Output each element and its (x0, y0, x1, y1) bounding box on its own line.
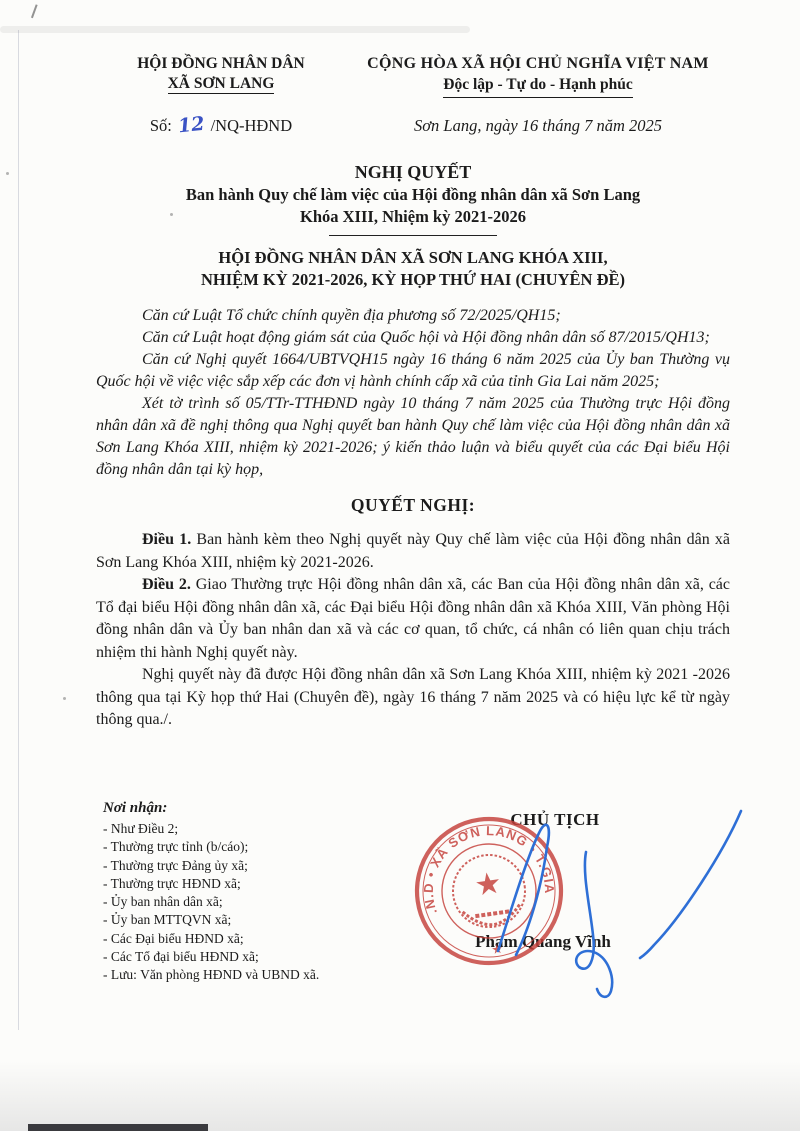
article-1-label: Điều 1. (142, 531, 191, 548)
article-2: Điều 2. Giao Thường trực Hội đồng nhân d… (96, 574, 730, 664)
signature-stroke (498, 825, 549, 955)
issuing-agency-block: HỘI ĐỒNG NHÂN DÂN XÃ SƠN LANG Số: 12 /NQ… (96, 54, 346, 136)
preamble-paragraph: Căn cứ Luật Tổ chức chính quyền địa phươ… (96, 305, 730, 327)
article-2-label: Điều 2. (142, 576, 191, 593)
article-1-text: Ban hành kèm theo Nghị quyết này Quy chế… (96, 531, 730, 571)
article-1: Điều 1. Ban hành kèm theo Nghị quyết này… (96, 529, 730, 574)
document-subtitle-line2: Khóa XIII, Nhiệm kỳ 2021-2026 (96, 206, 730, 228)
article-2-text: Giao Thường trực Hội đồng nhân dân xã, c… (96, 576, 730, 661)
place-dateline: Sơn Lang, ngày 16 tháng 7 năm 2025 (346, 116, 730, 136)
signature-strokes (498, 811, 741, 997)
preamble-paragraph: Căn cứ Luật hoạt động giám sát của Quốc … (96, 327, 730, 349)
articles-section: Điều 1. Ban hành kèm theo Nghị quyết này… (96, 529, 730, 664)
preamble-section: Căn cứ Luật Tổ chức chính quyền địa phươ… (96, 305, 730, 481)
number-label: Số: (150, 116, 172, 135)
recipient-item: - Các Đại biểu HĐND xã; (103, 930, 403, 948)
document-type-title: NGHỊ QUYẾT (96, 160, 730, 184)
recipients-heading: Nơi nhận: (103, 800, 403, 817)
handwritten-number: 12 (177, 113, 206, 138)
recipient-item: - Như Điều 2; (103, 820, 403, 838)
document-content: HỘI ĐỒNG NHÂN DÂN XÃ SƠN LANG Số: 12 /NQ… (0, 0, 800, 732)
signature-stroke (576, 852, 612, 997)
title-separator-rule (329, 235, 497, 236)
resolves-heading: QUYẾT NGHỊ: (96, 495, 730, 516)
recipient-item: - Thường trực HĐND xã; (103, 875, 403, 893)
national-title: CỘNG HÒA XÃ HỘI CHỦ NGHĨA VIỆT NAM (346, 54, 730, 74)
signature-stroke (640, 811, 741, 958)
recipient-item: - Lưu: Văn phòng HĐND và UBND xã. (103, 966, 403, 984)
scan-strip (28, 1124, 208, 1131)
recipient-item: - Ủy ban nhân dân xã; (103, 893, 403, 911)
preamble-paragraph: Xét tờ trình số 05/TTr-TTHĐND ngày 10 th… (96, 393, 730, 481)
number-suffix: /NQ-HĐND (211, 116, 293, 135)
title-block: NGHỊ QUYẾT Ban hành Quy chế làm việc của… (96, 160, 730, 291)
national-motto-block: CỘNG HÒA XÃ HỘI CHỦ NGHĨA VIỆT NAM Độc l… (346, 54, 730, 136)
issuer-heading-line2: NHIỆM KỲ 2021-2026, KỲ HỌP THỨ HAI (CHUY… (96, 269, 730, 291)
preamble-paragraph: Căn cứ Nghị quyết 1664/UBTVQH15 ngày 16 … (96, 349, 730, 393)
agency-name-line2: XÃ SƠN LANG (96, 74, 346, 94)
issuer-heading-line1: HỘI ĐỒNG NHÂN DÂN XÃ SƠN LANG KHÓA XIII, (96, 247, 730, 269)
closing-section: Nghị quyết này đã được Hội đồng nhân dân… (96, 664, 730, 732)
scan-shadow (0, 1061, 800, 1131)
national-motto: Độc lập - Tự do - Hạnh phúc (443, 74, 632, 98)
document-number-line: Số: 12 /NQ-HĐND (96, 114, 346, 136)
agency-name-line1: HỘI ĐỒNG NHÂN DÂN (96, 54, 346, 74)
recipient-item: - Các Tổ đại biểu HĐND xã; (103, 948, 403, 966)
closing-paragraph: Nghị quyết này đã được Hội đồng nhân dân… (96, 664, 730, 732)
recipient-item: - Thường trực Đảng ủy xã; (103, 857, 403, 875)
recipient-item: - Ủy ban MTTQVN xã; (103, 911, 403, 929)
scanned-document-page: HỘI ĐỒNG NHÂN DÂN XÃ SƠN LANG Số: 12 /NQ… (0, 0, 800, 1131)
handwritten-signature (400, 795, 780, 1015)
recipients-block: Nơi nhận: - Như Điều 2; - Thường trực tỉ… (103, 800, 403, 985)
recipient-item: - Thường trực tỉnh (b/cáo); (103, 838, 403, 856)
document-header: HỘI ĐỒNG NHÂN DÂN XÃ SƠN LANG Số: 12 /NQ… (96, 54, 730, 136)
document-subtitle-line1: Ban hành Quy chế làm việc của Hội đồng n… (96, 184, 730, 206)
